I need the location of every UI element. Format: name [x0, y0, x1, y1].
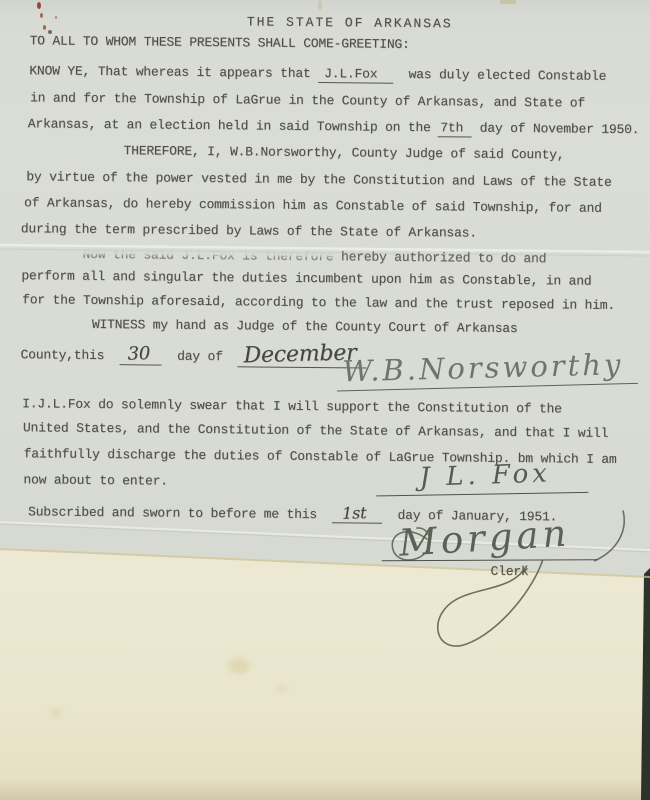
clerk-label: Clerk: [490, 564, 528, 579]
constable-signature-line: [376, 492, 588, 497]
commission-line-5: by virtue of the power vested in me by t…: [26, 169, 611, 190]
commission-line-3: Arkansas, at an election held in said To…: [28, 116, 640, 139]
election-day-blank: 7th: [438, 120, 472, 137]
document-title: THE STATE OF ARKANSAS: [247, 14, 453, 31]
oath-line-4: now about to enter.: [23, 472, 168, 488]
scanned-document: THE STATE OF ARKANSAS TO ALL TO WHOM THE…: [0, 0, 650, 800]
commission-line-9: perform all and singular the duties incu…: [21, 268, 591, 288]
oath-line-2: United States, and the Constitution of t…: [23, 420, 608, 441]
tan-mark: [500, 0, 516, 4]
commission-line-8-fold-damaged: Now the said J.L.Fox is therefore hereby…: [82, 247, 546, 266]
oath-line-1: I.J.L.Fox do solemnly swear that I will …: [22, 396, 562, 416]
commission-date-line: County,this 30 day of December: [20, 339, 366, 368]
elected-name-blank: J.L.Fox: [318, 66, 393, 84]
judge-signature: W.B.Norsworthy: [336, 347, 638, 392]
document-content: THE STATE OF ARKANSAS TO ALL TO WHOM THE…: [0, 0, 650, 800]
commission-line-1: KNOW YE, That whereas it appears that J.…: [29, 63, 606, 86]
commission-line-6: of Arkansas, do hereby commission him as…: [24, 195, 602, 216]
commission-line-11: WITNESS my hand as Judge of the County C…: [92, 317, 518, 336]
handwritten-day-1st: 1st: [342, 503, 367, 523]
constable-signature: J L. Fox: [419, 458, 551, 492]
salutation-line: TO ALL TO WHOM THESE PRESENTS SHALL COME…: [30, 33, 410, 52]
fold-clipped-text: Now the said J.L.Fox is therefore: [82, 247, 333, 264]
commission-line-2: in and for the Township of LaGrue in the…: [30, 90, 585, 110]
commission-line-7: during the term prescribed by Laws of th…: [21, 221, 477, 240]
handwritten-day-30: 30: [127, 343, 150, 365]
commission-line-4: THEREFORE, I, W.B.Norsworthy, County Jud…: [123, 143, 564, 162]
commission-line-10: for the Township aforesaid, according to…: [22, 292, 615, 313]
